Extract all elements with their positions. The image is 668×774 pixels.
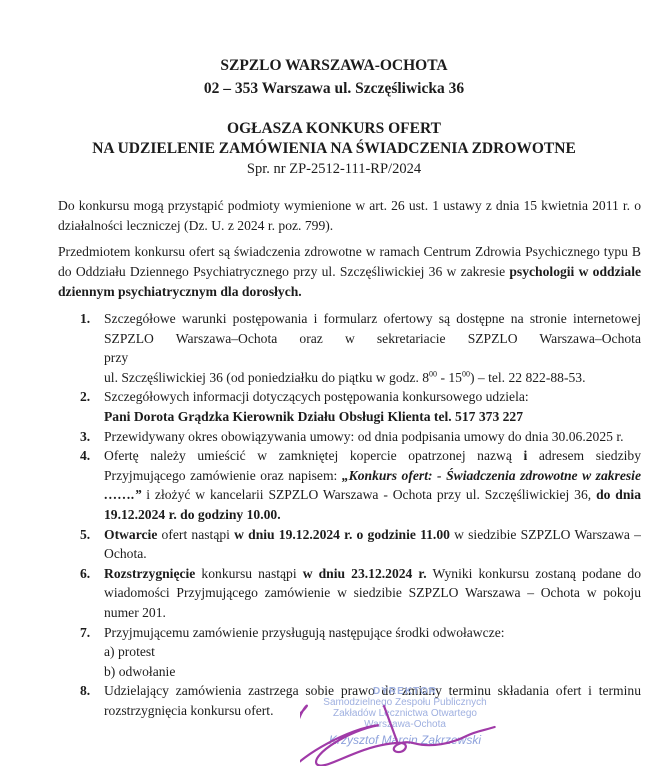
item-text: Przewidywany okres obowiązywania umowy: …: [104, 429, 624, 444]
item-number: 1.: [80, 309, 90, 329]
subject-paragraph: Przedmiotem konkursu ofert są świadczeni…: [58, 242, 641, 302]
conditions-list: 1. Szczegółowe warunki postępowania i fo…: [58, 309, 641, 720]
announcement-title: OGŁASZA KONKURS OFERT: [0, 120, 668, 138]
item-number: 7.: [80, 623, 90, 643]
item-text: SZPZLO Warszawa–Ochota oraz w sekretaria…: [104, 329, 641, 368]
signature-icon: [300, 686, 510, 766]
item-number: 8.: [80, 681, 90, 701]
list-item: 2. Szczegółowych informacji dotyczących …: [58, 387, 641, 426]
item-text: Przyjmującemu zamówienie przysługują nas…: [104, 623, 641, 643]
eligibility-paragraph: Do konkursu mogą przystąpić podmioty wym…: [58, 196, 641, 236]
organization-address: 02 – 353 Warszawa ul. Szczęśliwicka 36: [0, 80, 668, 98]
list-item: 7. Przyjmującemu zamówienie przysługują …: [58, 623, 641, 682]
item-number: 6.: [80, 564, 90, 584]
remedy-appeal: b) odwołanie: [104, 662, 641, 682]
item-text: Otwarcie ofert nastąpi w dniu 19.12.2024…: [104, 527, 641, 562]
list-item: 4. Ofertę należy umieścić w zamkniętej k…: [58, 446, 641, 524]
reference-number: Spr. nr ZP-2512-111-RP/2024: [0, 161, 668, 178]
contact-person: Pani Dorota Grądzka Kierownik Działu Obs…: [104, 407, 641, 427]
item-text: Szczegółowe warunki postępowania i formu…: [104, 309, 641, 329]
organization-name: SZPZLO WARSZAWA-OCHOTA: [0, 57, 668, 75]
list-item: 6. Rozstrzygnięcie konkursu nastąpi w dn…: [58, 564, 641, 623]
item-text: Ofertę należy umieścić w zamkniętej kope…: [104, 448, 641, 522]
item-text: ul. Szczęśliwickiej 36 (od poniedziałku …: [104, 368, 641, 388]
item-number: 3.: [80, 427, 90, 447]
list-item: 1. Szczegółowe warunki postępowania i fo…: [58, 309, 641, 387]
item-number: 4.: [80, 446, 90, 466]
resolution-date: w dniu 23.12.2024 r.: [303, 566, 427, 581]
opening-date: w dniu 19.12.2024 r. o godzinie 11.00: [234, 527, 450, 542]
item-text: Rozstrzygnięcie konkursu nastąpi w dniu …: [104, 566, 641, 620]
remedy-protest: a) protest: [104, 642, 641, 662]
list-item: 5. Otwarcie ofert nastąpi w dniu 19.12.2…: [58, 525, 641, 564]
director-stamp: DYREKTOR Samodzielnego Zespołu Publiczny…: [300, 686, 510, 766]
item-number: 5.: [80, 525, 90, 545]
list-item: 3. Przewidywany okres obowiązywania umow…: [58, 427, 641, 447]
item-number: 2.: [80, 387, 90, 407]
announcement-subject: NA UDZIELENIE ZAMÓWIENIA NA ŚWIADCZENIA …: [0, 140, 668, 158]
item-text: Szczegółowych informacji dotyczących pos…: [104, 387, 641, 407]
